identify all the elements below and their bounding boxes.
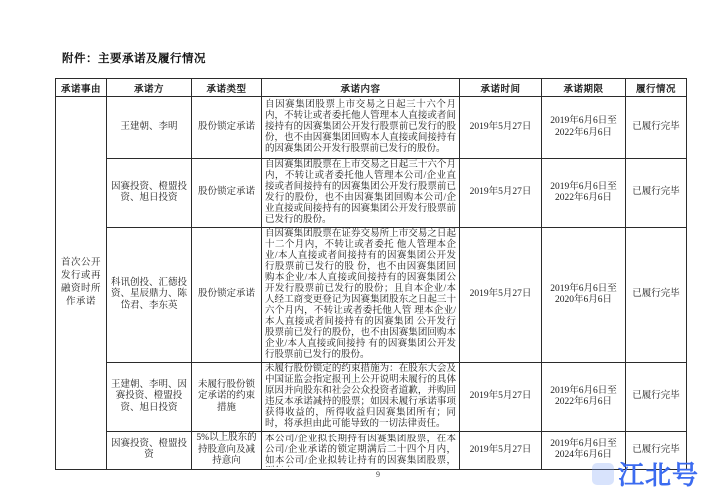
watermark-text: 江北号 [618,455,699,492]
cell-party: 王建朝、李明、因赛投资、橙盟投资、旭日投资 [107,363,192,432]
cell-period: 2019年6月6日至2020年6月6日 [542,228,626,363]
cell-date: 2019年5月27日 [460,363,542,432]
header-period: 承诺期限 [542,79,626,97]
header-type: 承诺类型 [192,79,262,97]
cell-type: 5%以上股东的持股意向及减持意向 [192,432,262,470]
cell-status: 已履行完毕 [626,97,687,159]
cell-content: 自因赛集团股票上市交易之日起三十六个月内，不转让或者委托他人管理本人直接或者间接… [262,97,460,159]
watermark-logo-icon [592,463,614,485]
watermark: 江北号 [592,455,699,492]
page-title: 附件：主要承诺及履行情况 [62,50,206,66]
cell-type: 股份锁定承诺 [192,228,262,363]
cell-content: 自因赛集团股票在上市交易之日起三十六个月内，不转让或者委托他人管理本公司/企业直… [262,159,460,228]
cell-type: 股份锁定承诺 [192,97,262,159]
cell-date: 2019年5月27日 [460,432,542,470]
cell-status: 已履行完毕 [626,228,687,363]
clipped-content-text: 本公司/企业拟长期持有因赛集团股票，在本公司/企业承诺的锁定期满后二十四个月内，… [265,434,456,467]
cell-reason: 首次公开发行或再融资时所作承诺 [56,97,107,470]
cell-status: 已履行完毕 [626,363,687,432]
cell-content: 本公司/企业拟长期持有因赛集团股票，在本公司/企业承诺的锁定期满后二十四个月内，… [262,432,460,470]
cell-type: 未履行股份锁定承诺的约束措施 [192,363,262,432]
table-row: 科讯创投、汇德投资、星辰鼎力、陈岱君、李东英 股份锁定承诺 自因赛集团股票在证券… [56,228,687,363]
cell-content: 自因赛集团股票在证券交易所上市交易之日起十二个月内，不转让或者委托 他人管理本企… [262,228,460,363]
header-status: 履行情况 [626,79,687,97]
cell-party: 科讯创投、汇德投资、星辰鼎力、陈岱君、李东英 [107,228,192,363]
cell-date: 2019年5月27日 [460,97,542,159]
table-row: 因赛投资、橙盟投资、旭日投资 股份锁定承诺 自因赛集团股票在上市交易之日起三十六… [56,159,687,228]
cell-date: 2019年5月27日 [460,159,542,228]
header-party: 承诺方 [107,79,192,97]
page-number: 9 [376,470,380,479]
table-row: 首次公开发行或再融资时所作承诺 王建朝、李明 股份锁定承诺 自因赛集团股票上市交… [56,97,687,159]
cell-party: 因赛投资、橙盟投资 [107,432,192,470]
cell-content: 未履行股份锁定的约束措施为：在股东大会及中国证监会指定报刊上公开说明未履行的具体… [262,363,460,432]
cell-period: 2019年6月6日至2022年6月6日 [542,97,626,159]
cell-status: 已履行完毕 [626,159,687,228]
cell-party: 因赛投资、橙盟投资、旭日投资 [107,159,192,228]
cell-type: 股份锁定承诺 [192,159,262,228]
cell-party: 王建朝、李明 [107,97,192,159]
header-reason: 承诺事由 [56,79,107,97]
header-date: 承诺时间 [460,79,542,97]
cell-period: 2019年6月6日至2022年6月6日 [542,363,626,432]
cell-date: 2019年5月27日 [460,228,542,363]
commitments-table: 承诺事由 承诺方 承诺类型 承诺内容 承诺时间 承诺期限 履行情况 首次公开发行… [55,78,687,470]
header-content: 承诺内容 [262,79,460,97]
cell-period: 2019年6月6日至2022年6月6日 [542,159,626,228]
table-header-row: 承诺事由 承诺方 承诺类型 承诺内容 承诺时间 承诺期限 履行情况 [56,79,687,97]
table-row: 王建朝、李明、因赛投资、橙盟投资、旭日投资 未履行股份锁定承诺的约束措施 未履行… [56,363,687,432]
